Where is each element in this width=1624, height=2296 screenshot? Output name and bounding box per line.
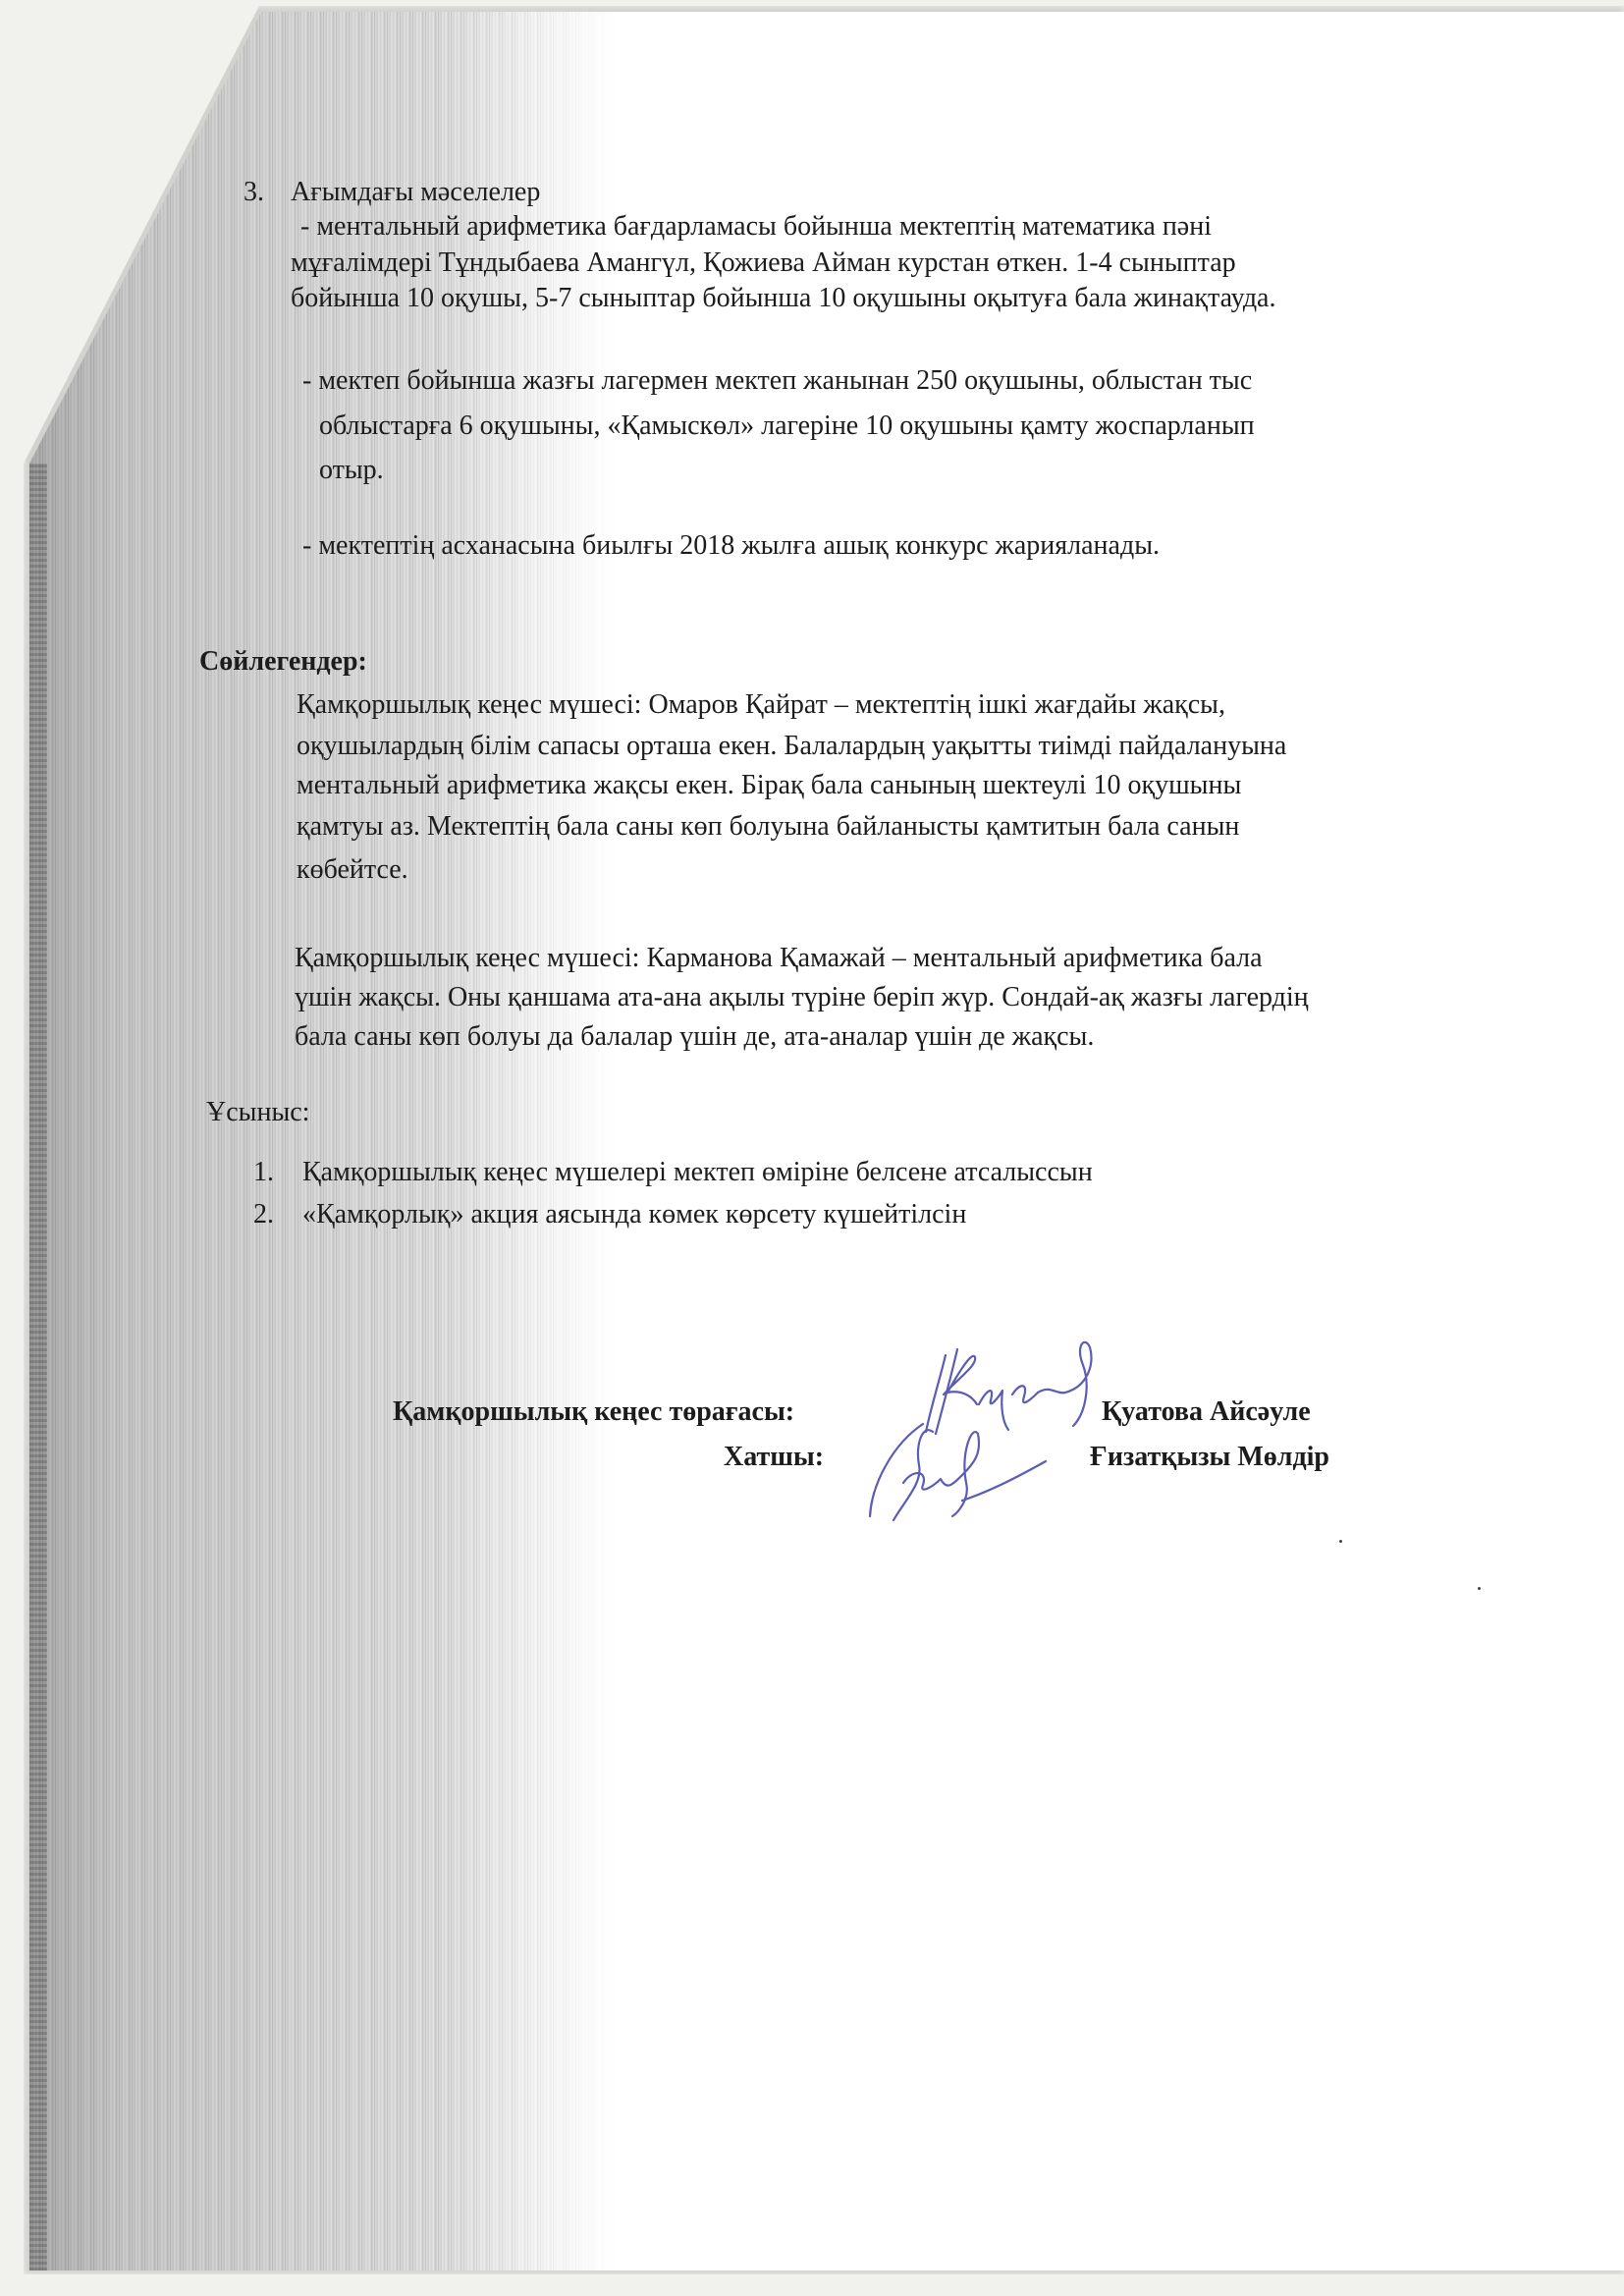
issue-2-line-3: отыр.: [319, 455, 384, 486]
proposal-item-number: 2.: [253, 1199, 274, 1230]
issue-1-line-2: мұғалімдері Тұндыбаева Амангүл, Қожиева …: [291, 247, 1236, 279]
proposal-heading: Ұсыныс:: [206, 1097, 309, 1128]
scan-edge: [29, 464, 47, 2270]
scan-noise-band: [29, 12, 619, 2270]
speech-1-line-3: ментальный арифметика жақсы екен. Бірақ …: [297, 770, 1241, 801]
speech-2-line-2: үшін жақсы. Оны қаншама ата-ана ақылы тү…: [295, 982, 1309, 1013]
speech-1-line-2: оқушылардың білім сапасы орташа екен. Ба…: [297, 731, 1286, 762]
section-title: Ағымдағы мәселелер: [291, 177, 540, 208]
issue-2-line-1: - мектеп бойынша жазғы лагермен мектеп ж…: [302, 365, 1252, 397]
speech-1-line-5: көбейтсе.: [297, 854, 408, 886]
chair-role-label: Қамқоршылық кеңес төрағасы:: [393, 1396, 794, 1428]
secretary-name: Ғизатқызы Мөлдір: [1090, 1442, 1329, 1473]
scan-speck: [1339, 1540, 1342, 1543]
speech-2-line-3: бала саны көп болуы да балалар үшін де, …: [295, 1021, 1094, 1053]
issue-1-line-1: - ментальный арифметика бағдарламасы бой…: [300, 211, 1212, 243]
chair-name: Қуатова Айсәуле: [1102, 1396, 1311, 1428]
speech-1-line-1: Қамқоршылық кеңес мүшесі: Омаров Қайрат …: [297, 689, 1225, 721]
issue-3-line-1: - мектептің асханасына биылғы 2018 жылға…: [302, 530, 1160, 562]
speech-1-line-4: қамтуы аз. Мектептің бала саны көп болуы…: [297, 811, 1239, 843]
proposal-item-text: «Қамқорлық» акция аясында көмек көрсету …: [302, 1199, 966, 1230]
issue-1-line-3: бойынша 10 оқушы, 5-7 сыныптар бойынша 1…: [291, 283, 1276, 314]
scanned-page: 3. Ағымдағы мәселелер - ментальный арифм…: [0, 0, 1624, 2296]
scan-speck: [1478, 1587, 1481, 1590]
section-number: 3.: [244, 177, 264, 208]
secretary-signature-icon: [864, 1414, 1060, 1522]
issue-2-line-2: облыстарға 6 оқушыны, «Қамыскөл» лагерін…: [319, 410, 1255, 442]
proposal-item-number: 1.: [253, 1157, 274, 1188]
secretary-role-label: Хатшы:: [724, 1442, 824, 1473]
proposal-item-text: Қамқоршылық кеңес мүшелері мектеп өмірін…: [302, 1157, 1093, 1188]
speakers-heading: Сөйлегендер:: [199, 646, 367, 678]
speech-2-line-1: Қамқоршылық кеңес мүшесі: Карманова Қама…: [295, 943, 1263, 974]
